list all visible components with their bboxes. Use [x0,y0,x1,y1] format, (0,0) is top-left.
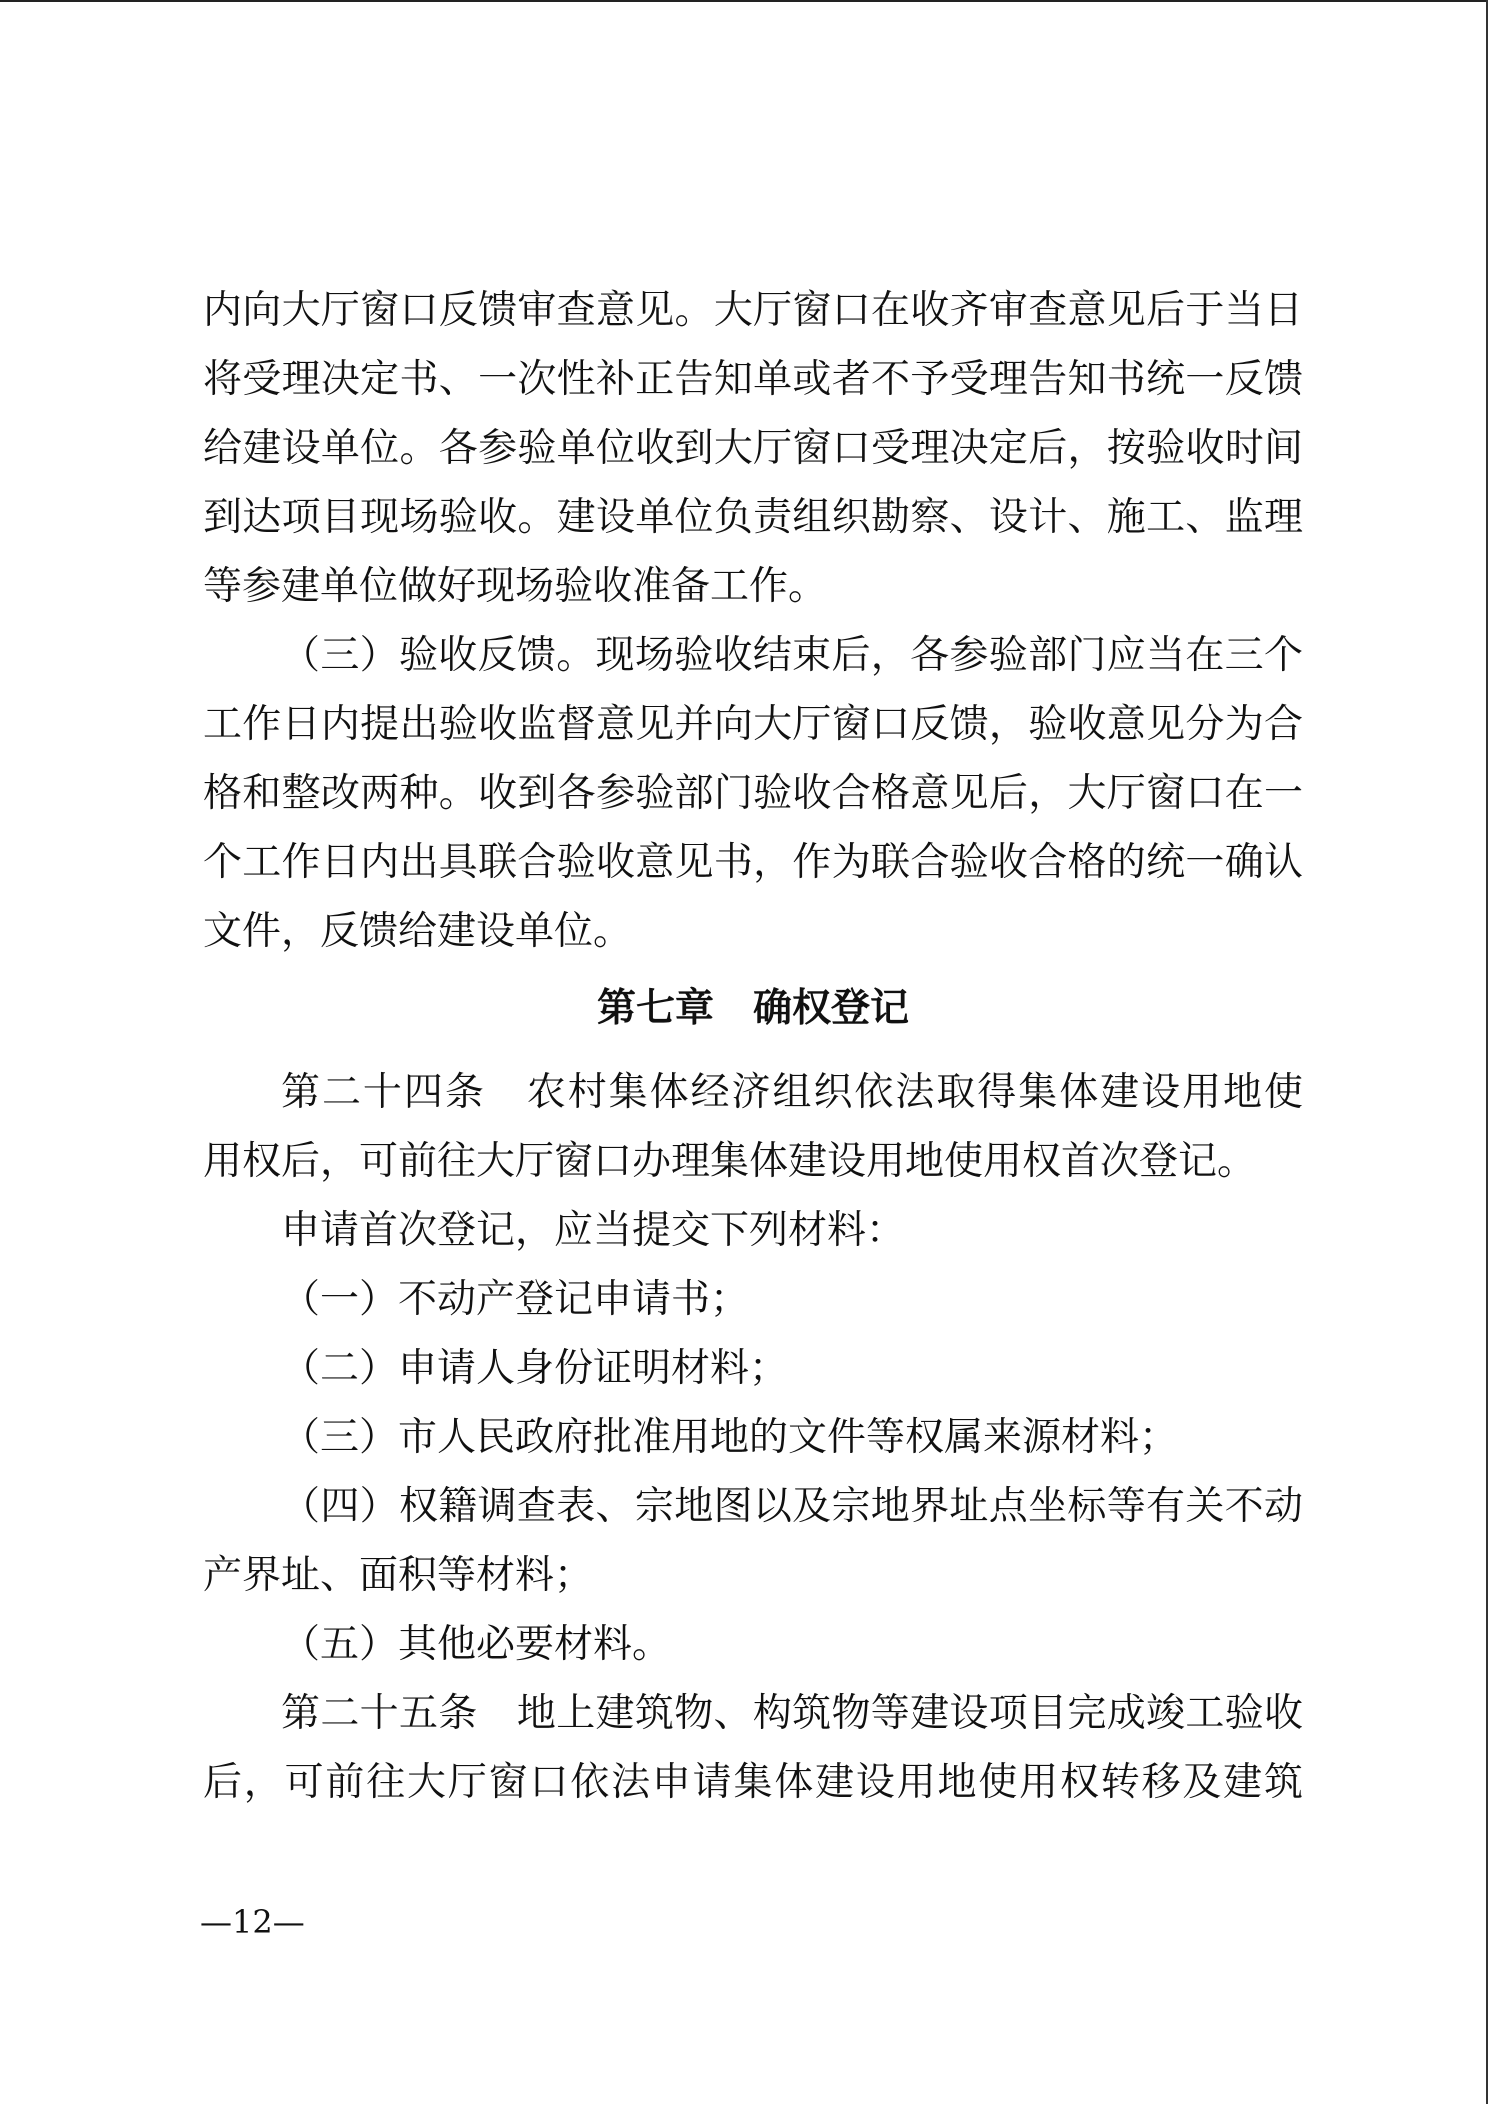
text-line: 工作日内提出验收监督意见并向大厅窗口反馈，验收意见分为合 [203,690,1303,759]
paragraph-acceptance-feedback: （三）验收反馈。现场验收结束后，各参验部门应当在三个 工作日内提出验收监督意见并… [203,621,1303,966]
list-item: （一）不动产登记申请书； [203,1265,1303,1334]
text-line: 用权后，可前往大厅窗口办理集体建设用地使用权首次登记。 [203,1127,1303,1196]
text-line: 个工作日内出具联合验收意见书，作为联合验收合格的统一确认 [203,828,1303,897]
text-line: 内向大厅窗口反馈审查意见。大厅窗口在收齐审查意见后于当日 [203,276,1303,345]
page-number: —12— [200,1902,305,1942]
list-item: （四）权籍调查表、宗地图以及宗地界址点坐标等有关不动 [203,1472,1303,1541]
paragraph-continued: 内向大厅窗口反馈审查意见。大厅窗口在收齐审查意见后于当日 将受理决定书、一次性补… [203,276,1303,621]
text-line: 第二十四条 农村集体经济组织依法取得集体建设用地使 [203,1058,1303,1127]
list-item-continued: 产界址、面积等材料； [203,1541,1303,1610]
page-top-border [0,0,1488,2]
text-line: 将受理决定书、一次性补正告知单或者不予受理告知书统一反馈 [203,345,1303,414]
document-page: 内向大厅窗口反馈审查意见。大厅窗口在收齐审查意见后于当日 将受理决定书、一次性补… [203,276,1303,1817]
materials-intro: 申请首次登记，应当提交下列材料： [203,1196,1303,1265]
text-line: 第二十五条 地上建筑物、构筑物等建设项目完成竣工验收 [203,1679,1303,1748]
text-line: 到达项目现场验收。建设单位负责组织勘察、设计、施工、监理 [203,483,1303,552]
article-25: 第二十五条 地上建筑物、构筑物等建设项目完成竣工验收 后，可前往大厅窗口依法申请… [203,1679,1303,1817]
list-item: （五）其他必要材料。 [203,1610,1303,1679]
text-line: 文件，反馈给建设单位。 [203,897,1303,966]
text-line: 格和整改两种。收到各参验部门验收合格意见后，大厅窗口在一 [203,759,1303,828]
text-line: （三）验收反馈。现场验收结束后，各参验部门应当在三个 [203,621,1303,690]
text-line: 等参建单位做好现场验收准备工作。 [203,552,1303,621]
text-line: 给建设单位。各参验单位收到大厅窗口受理决定后，按验收时间 [203,414,1303,483]
list-item: （三）市人民政府批准用地的文件等权属来源材料； [203,1403,1303,1472]
chapter-heading: 第七章 确权登记 [203,984,1303,1034]
text-line: 后，可前往大厅窗口依法申请集体建设用地使用权转移及建筑 [203,1748,1303,1817]
list-item: （二）申请人身份证明材料； [203,1334,1303,1403]
article-24: 第二十四条 农村集体经济组织依法取得集体建设用地使 用权后，可前往大厅窗口办理集… [203,1058,1303,1679]
